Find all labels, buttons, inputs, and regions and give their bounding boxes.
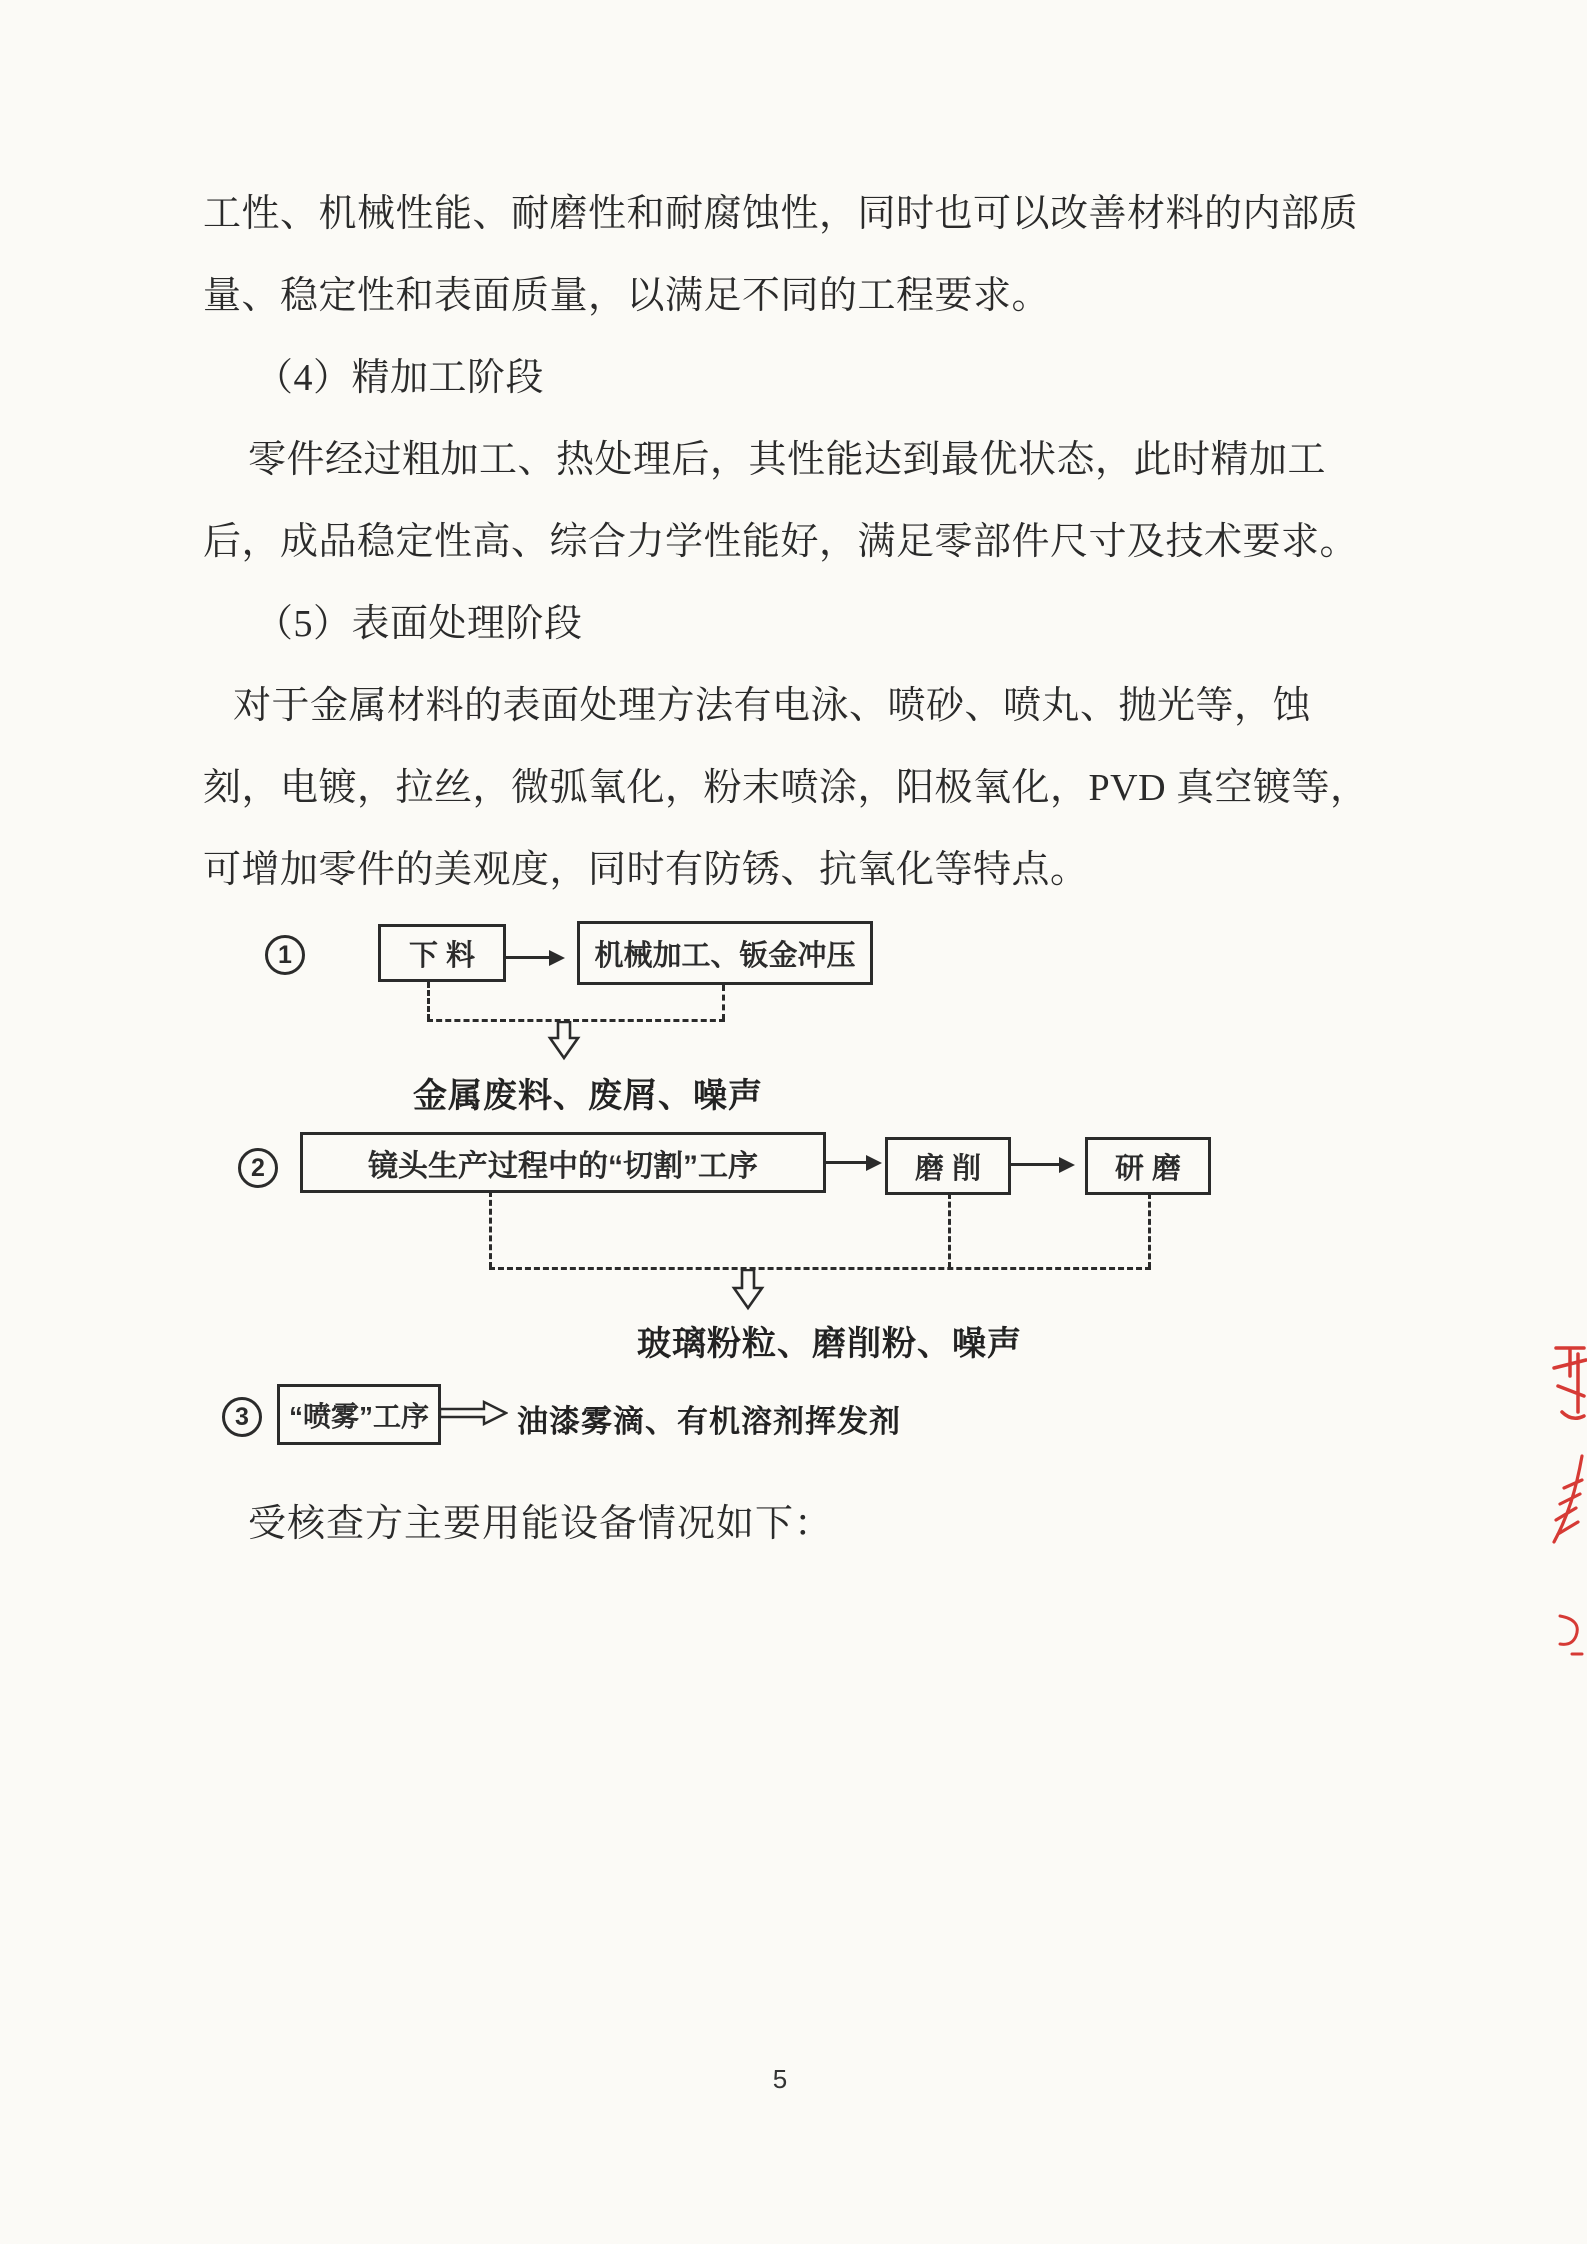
paragraph-line: 量、稳定性和表面质量，以满足不同的工程要求。 — [203, 255, 1323, 337]
paragraph-line: 零件经过粗加工、热处理后，其性能达到最优状态，此时精加工 — [203, 419, 1323, 501]
step-1-number: 1 — [265, 935, 305, 975]
dashed-connector — [1148, 1193, 1151, 1268]
red-annotation-mark — [1556, 1612, 1587, 1662]
step-3-number: 3 — [222, 1397, 262, 1437]
paragraph-line: 对于金属材料的表面处理方法有电泳、喷砂、喷丸、抛光等，蚀 — [203, 665, 1323, 747]
right-arrow-icon — [826, 1161, 878, 1164]
page-number: 5 — [0, 2064, 1560, 2095]
red-annotation-mark — [1548, 1342, 1587, 1432]
body-text-block: 工性、机械性能、耐磨性和耐腐蚀性，同时也可以改善材料的内部质 量、稳定性和表面质… — [203, 173, 1323, 911]
paragraph-line: 工性、机械性能、耐磨性和耐腐蚀性，同时也可以改善材料的内部质 — [203, 173, 1323, 255]
flow-box-lapping: 研 磨 — [1085, 1137, 1211, 1195]
flow-box-lens-cutting: 镜头生产过程中的“切割”工序 — [300, 1132, 826, 1193]
emission-label: 油漆雾滴、有机溶剂挥发剂 — [517, 1396, 901, 1441]
down-arrow-icon — [544, 1021, 584, 1061]
red-annotation-mark — [1550, 1452, 1587, 1547]
flow-box-blanking: 下 料 — [378, 924, 506, 982]
section-heading-4: （4）精加工阶段 — [203, 337, 1323, 419]
dashed-connector — [948, 1193, 951, 1268]
paragraph-line: 后，成品稳定性高、综合力学性能好，满足零部件尺寸及技术要求。 — [203, 501, 1323, 583]
paragraph-line: 刻，电镀，拉丝，微弧氧化，粉末喷涂，阳极氧化，PVD 真空镀等， — [203, 747, 1323, 829]
dashed-connector — [427, 982, 430, 1020]
down-arrow-icon — [728, 1269, 768, 1311]
emission-label: 金属废料、废屑、噪声 — [413, 1068, 763, 1117]
dashed-connector — [489, 1191, 492, 1268]
flow-box-grinding: 磨 削 — [885, 1137, 1011, 1195]
scanned-document-page: 工性、机械性能、耐磨性和耐腐蚀性，同时也可以改善材料的内部质 量、稳定性和表面质… — [0, 0, 1587, 2244]
dashed-connector — [489, 1267, 1151, 1270]
right-arrow-icon — [505, 956, 561, 959]
right-arrow-icon — [1011, 1163, 1071, 1166]
emission-label: 玻璃粉粒、磨削粉、噪声 — [637, 1316, 1022, 1365]
section-heading-5: （5）表面处理阶段 — [203, 583, 1323, 665]
flow-box-machining-stamping: 机械加工、钣金冲压 — [577, 921, 873, 985]
paragraph-line: 可增加零件的美观度，同时有防锈、抗氧化等特点。 — [203, 829, 1323, 911]
flow-box-spray: “喷雾”工序 — [277, 1384, 441, 1445]
closing-sentence: 受核查方主要用能设备情况如下： — [248, 1492, 833, 1547]
step-2-number: 2 — [238, 1148, 278, 1188]
right-hollow-arrow-icon — [438, 1399, 508, 1427]
dashed-connector — [722, 985, 725, 1020]
